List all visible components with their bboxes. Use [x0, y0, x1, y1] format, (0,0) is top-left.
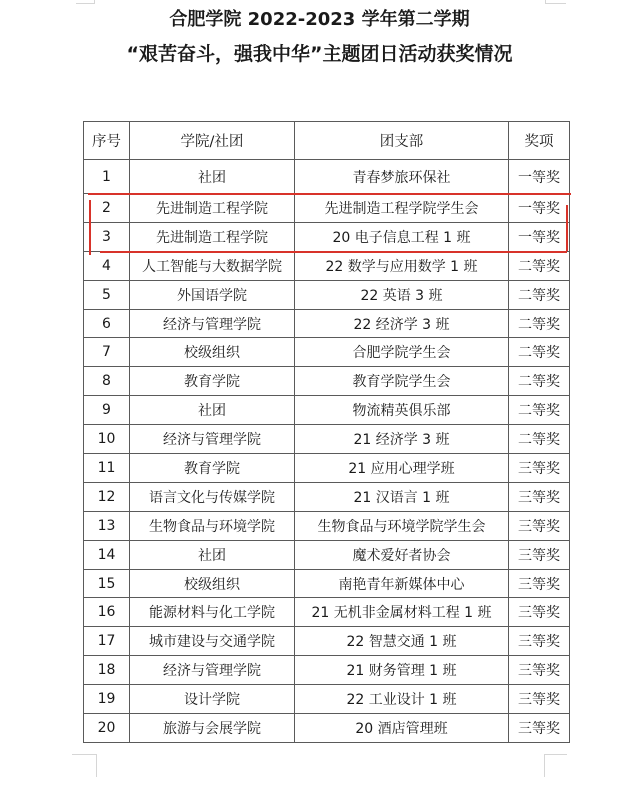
cell-branch: 先进制造工程学院学生会: [295, 194, 509, 223]
cell-award: 二等奖: [509, 367, 570, 396]
cell-branch: 教育学院学生会: [295, 367, 509, 396]
table-row: 9社团物流精英俱乐部二等奖: [84, 396, 570, 425]
table-header-row: 序号 学院/社团 团支部 奖项: [84, 122, 570, 160]
page-corner-mark-top-left: [76, 0, 95, 4]
cell-no: 16: [84, 598, 130, 627]
cell-college: 先进制造工程学院: [130, 222, 295, 251]
header-no: 序号: [84, 122, 130, 160]
page-corner-mark-bottom-right: [544, 754, 567, 777]
table-row: 3先进制造工程学院20 电子信息工程 1 班一等奖: [84, 222, 570, 251]
cell-college: 社团: [130, 160, 295, 194]
table-row: 11教育学院21 应用心理学班三等奖: [84, 454, 570, 483]
cell-college: 生物食品与环境学院: [130, 511, 295, 540]
table-row: 15校级组织南艳青年新媒体中心三等奖: [84, 569, 570, 598]
cell-branch: 青春梦旅环保社: [295, 160, 509, 194]
cell-no: 20: [84, 714, 130, 743]
cell-award: 三等奖: [509, 511, 570, 540]
cell-award: 二等奖: [509, 338, 570, 367]
cell-college: 先进制造工程学院: [130, 194, 295, 223]
cell-branch: 22 英语 3 班: [295, 280, 509, 309]
cell-no: 10: [84, 425, 130, 454]
cell-branch: 21 财务管理 1 班: [295, 656, 509, 685]
cell-award: 三等奖: [509, 454, 570, 483]
cell-college: 能源材料与化工学院: [130, 598, 295, 627]
cell-college: 人工智能与大数据学院: [130, 251, 295, 280]
table-body: 1社团青春梦旅环保社一等奖2先进制造工程学院先进制造工程学院学生会一等奖3先进制…: [84, 160, 570, 743]
cell-no: 11: [84, 454, 130, 483]
header-award: 奖项: [509, 122, 570, 160]
table-row: 5外国语学院22 英语 3 班二等奖: [84, 280, 570, 309]
cell-no: 14: [84, 540, 130, 569]
table-row: 7校级组织合肥学院学生会二等奖: [84, 338, 570, 367]
cell-college: 经济与管理学院: [130, 309, 295, 338]
cell-award: 三等奖: [509, 482, 570, 511]
cell-award: 一等奖: [509, 160, 570, 194]
cell-award: 三等奖: [509, 714, 570, 743]
cell-no: 8: [84, 367, 130, 396]
awards-table: 序号 学院/社团 团支部 奖项 1社团青春梦旅环保社一等奖2先进制造工程学院先进…: [83, 121, 570, 743]
red-annotation-line-bottom: [100, 251, 567, 253]
table-row: 13生物食品与环境学院生物食品与环境学院学生会三等奖: [84, 511, 570, 540]
cell-college: 社团: [130, 540, 295, 569]
cell-award: 三等奖: [509, 656, 570, 685]
cell-no: 5: [84, 280, 130, 309]
document-subtitle: “艰苦奋斗，强我中华”主题团日活动获奖情况: [0, 41, 639, 67]
table-row: 20旅游与会展学院20 酒店管理班三等奖: [84, 714, 570, 743]
header-college: 学院/社团: [130, 122, 295, 160]
cell-college: 经济与管理学院: [130, 656, 295, 685]
cell-college: 语言文化与传媒学院: [130, 482, 295, 511]
cell-college: 外国语学院: [130, 280, 295, 309]
cell-no: 18: [84, 656, 130, 685]
cell-college: 设计学院: [130, 685, 295, 714]
cell-branch: 魔术爱好者协会: [295, 540, 509, 569]
cell-award: 三等奖: [509, 569, 570, 598]
cell-college: 教育学院: [130, 454, 295, 483]
cell-branch: 22 工业设计 1 班: [295, 685, 509, 714]
cell-no: 15: [84, 569, 130, 598]
cell-no: 17: [84, 627, 130, 656]
table-row: 1社团青春梦旅环保社一等奖: [84, 160, 570, 194]
cell-college: 旅游与会展学院: [130, 714, 295, 743]
table-row: 18经济与管理学院21 财务管理 1 班三等奖: [84, 656, 570, 685]
cell-branch: 21 无机非金属材料工程 1 班: [295, 598, 509, 627]
table-row: 6经济与管理学院22 经济学 3 班二等奖: [84, 309, 570, 338]
page-corner-mark-bottom-left: [72, 754, 97, 777]
cell-branch: 生物食品与环境学院学生会: [295, 511, 509, 540]
cell-no: 4: [84, 251, 130, 280]
cell-no: 7: [84, 338, 130, 367]
cell-award: 二等奖: [509, 425, 570, 454]
cell-no: 1: [84, 160, 130, 194]
cell-award: 二等奖: [509, 309, 570, 338]
table-row: 12语言文化与传媒学院21 汉语言 1 班三等奖: [84, 482, 570, 511]
cell-branch: 南艳青年新媒体中心: [295, 569, 509, 598]
cell-branch: 21 经济学 3 班: [295, 425, 509, 454]
table-row: 10经济与管理学院21 经济学 3 班二等奖: [84, 425, 570, 454]
table-row: 19设计学院22 工业设计 1 班三等奖: [84, 685, 570, 714]
cell-award: 三等奖: [509, 598, 570, 627]
table-row: 14社团魔术爱好者协会三等奖: [84, 540, 570, 569]
cell-no: 13: [84, 511, 130, 540]
table-row: 16能源材料与化工学院21 无机非金属材料工程 1 班三等奖: [84, 598, 570, 627]
cell-college: 城市建设与交通学院: [130, 627, 295, 656]
red-annotation-line-left: [89, 200, 91, 255]
cell-branch: 22 智慧交通 1 班: [295, 627, 509, 656]
cell-branch: 21 应用心理学班: [295, 454, 509, 483]
table-row: 2先进制造工程学院先进制造工程学院学生会一等奖: [84, 194, 570, 223]
cell-award: 三等奖: [509, 685, 570, 714]
cell-award: 二等奖: [509, 251, 570, 280]
cell-award: 三等奖: [509, 540, 570, 569]
cell-college: 校级组织: [130, 338, 295, 367]
table-row: 4人工智能与大数据学院22 数学与应用数学 1 班二等奖: [84, 251, 570, 280]
cell-award: 二等奖: [509, 280, 570, 309]
table-row: 17城市建设与交通学院22 智慧交通 1 班三等奖: [84, 627, 570, 656]
page-corner-mark-top-right: [545, 0, 566, 4]
cell-branch: 22 数学与应用数学 1 班: [295, 251, 509, 280]
cell-no: 6: [84, 309, 130, 338]
document-title: 合肥学院 2022-2023 学年第二学期: [0, 8, 639, 32]
cell-award: 二等奖: [509, 396, 570, 425]
cell-branch: 20 电子信息工程 1 班: [295, 222, 509, 251]
cell-branch: 21 汉语言 1 班: [295, 482, 509, 511]
cell-college: 社团: [130, 396, 295, 425]
cell-award: 一等奖: [509, 222, 570, 251]
cell-branch: 物流精英俱乐部: [295, 396, 509, 425]
cell-branch: 合肥学院学生会: [295, 338, 509, 367]
cell-award: 三等奖: [509, 627, 570, 656]
red-annotation-line-top: [88, 193, 571, 195]
cell-branch: 22 经济学 3 班: [295, 309, 509, 338]
cell-college: 校级组织: [130, 569, 295, 598]
cell-award: 一等奖: [509, 194, 570, 223]
cell-no: 19: [84, 685, 130, 714]
cell-branch: 20 酒店管理班: [295, 714, 509, 743]
cell-no: 9: [84, 396, 130, 425]
header-branch: 团支部: [295, 122, 509, 160]
red-annotation-line-right: [566, 205, 568, 251]
table-row: 8教育学院教育学院学生会二等奖: [84, 367, 570, 396]
cell-college: 经济与管理学院: [130, 425, 295, 454]
cell-college: 教育学院: [130, 367, 295, 396]
cell-no: 12: [84, 482, 130, 511]
